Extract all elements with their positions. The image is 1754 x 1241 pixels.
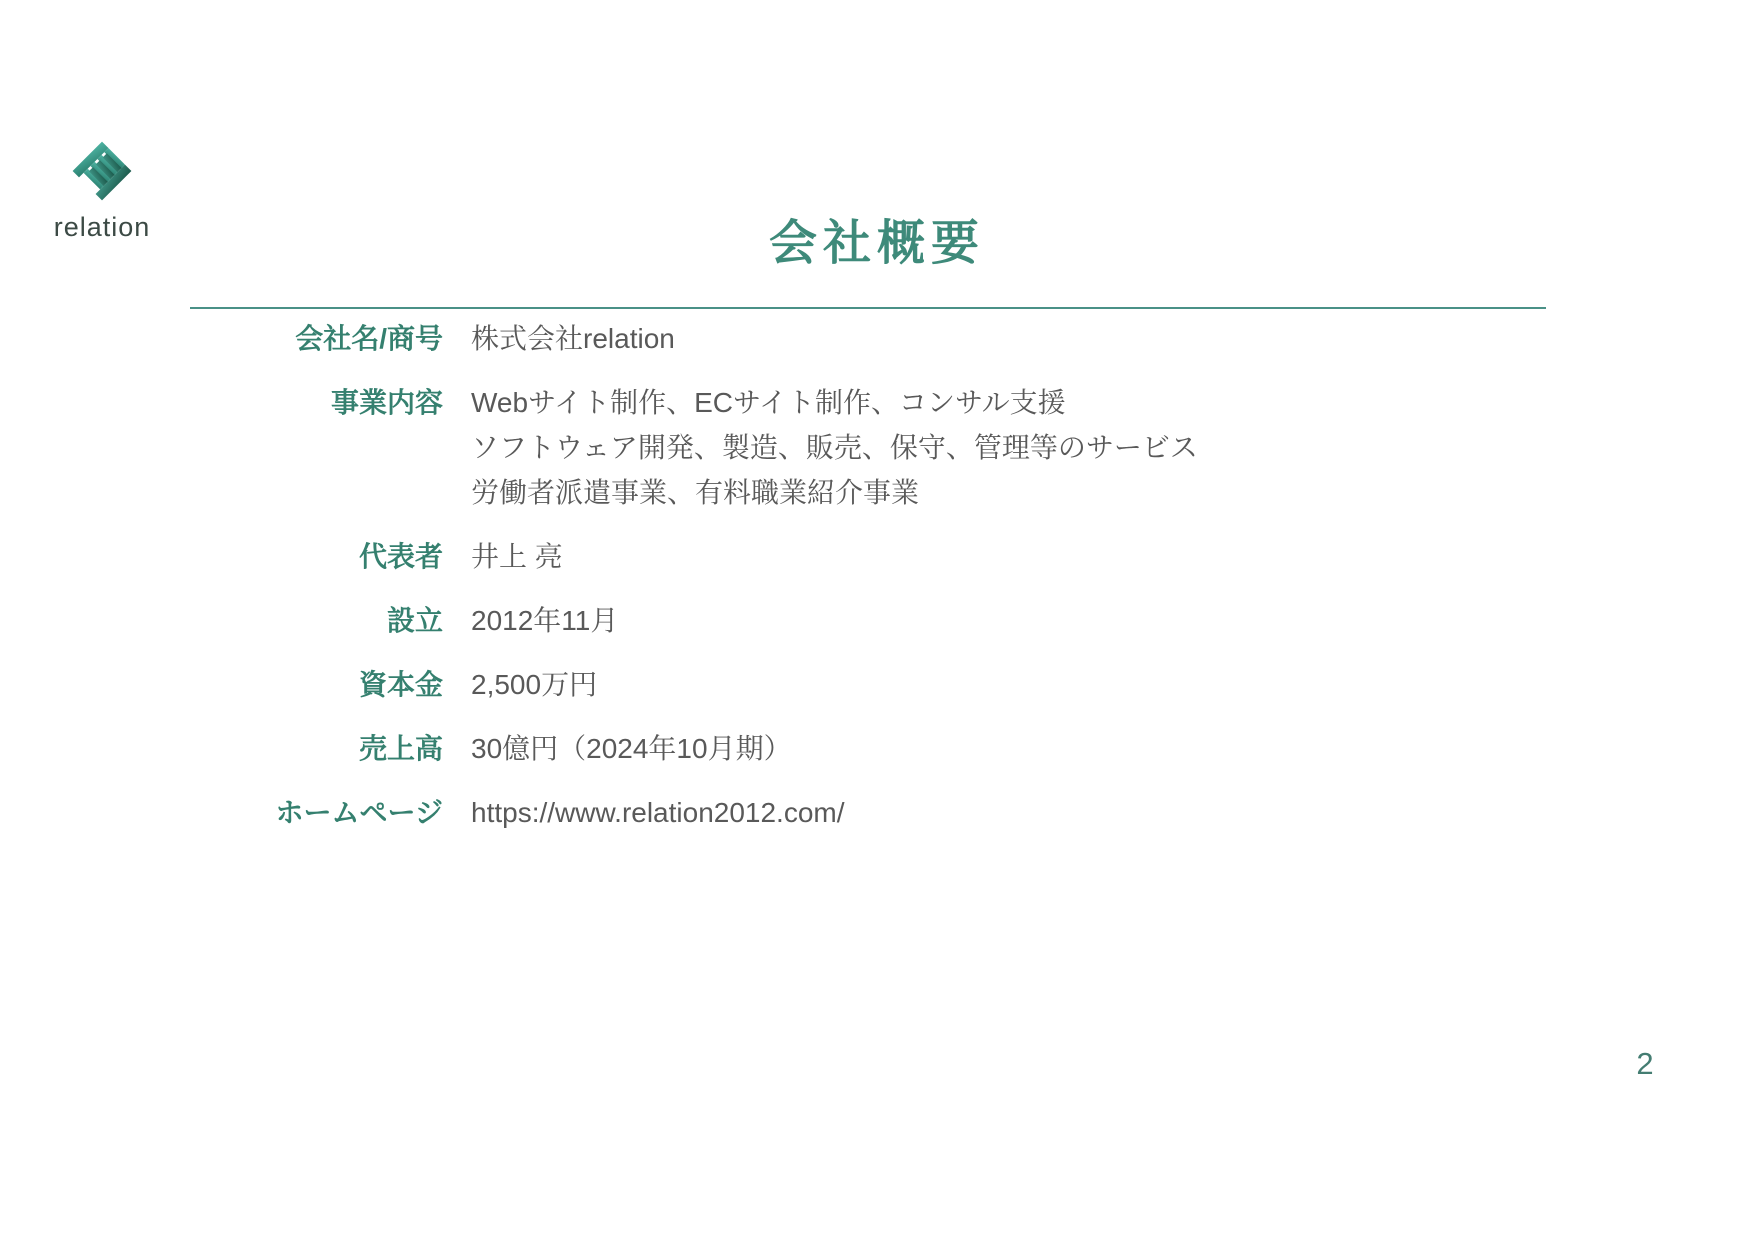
row-label: 代表者 (190, 534, 443, 579)
row-value-line: 井上 亮 (471, 534, 1198, 579)
row-value-line: 2012年11月 (471, 598, 1198, 643)
page-title: 会社概要 (0, 204, 1754, 273)
company-overview-slide: relation 会社概要 会社名/商号 株式会社relation 事業内容 W… (0, 0, 1754, 1241)
title-divider-rule (190, 307, 1546, 309)
row-values: Webサイト制作、ECサイト制作、コンサル支援ソフトウェア開発、製造、販売、保守… (471, 380, 1198, 515)
company-info-table: 会社名/商号 株式会社relation 事業内容 Webサイト制作、ECサイト制… (190, 316, 1198, 835)
row-label: ホームページ (190, 790, 443, 835)
row-label: 売上高 (190, 726, 443, 771)
row-label: 会社名/商号 (190, 316, 443, 361)
row-values: 株式会社relation (471, 316, 1198, 361)
handshake-diamond-icon (63, 132, 141, 210)
row-values: 30億円（2024年10月期） (471, 726, 1198, 771)
row-value-line: 2,500万円 (471, 662, 1198, 707)
row-values: 2,500万円 (471, 662, 1198, 707)
row-value-line: 株式会社relation (471, 316, 1198, 361)
row-values: 2012年11月 (471, 598, 1198, 643)
row-label: 事業内容 (190, 380, 443, 425)
row-values: https://www.relation2012.com/ (471, 790, 1198, 835)
row-value-line: 30億円（2024年10月期） (471, 726, 1198, 771)
row-value-line: https://www.relation2012.com/ (471, 790, 1198, 835)
row-value-line: Webサイト制作、ECサイト制作、コンサル支援 (471, 380, 1198, 425)
row-label: 設立 (190, 598, 443, 643)
page-number: 2 (1615, 1046, 1675, 1082)
row-values: 井上 亮 (471, 534, 1198, 579)
row-value-line: ソフトウェア開発、製造、販売、保守、管理等のサービス (471, 425, 1198, 470)
row-label: 資本金 (190, 662, 443, 707)
row-value-line: 労働者派遣事業、有料職業紹介事業 (471, 470, 1198, 515)
